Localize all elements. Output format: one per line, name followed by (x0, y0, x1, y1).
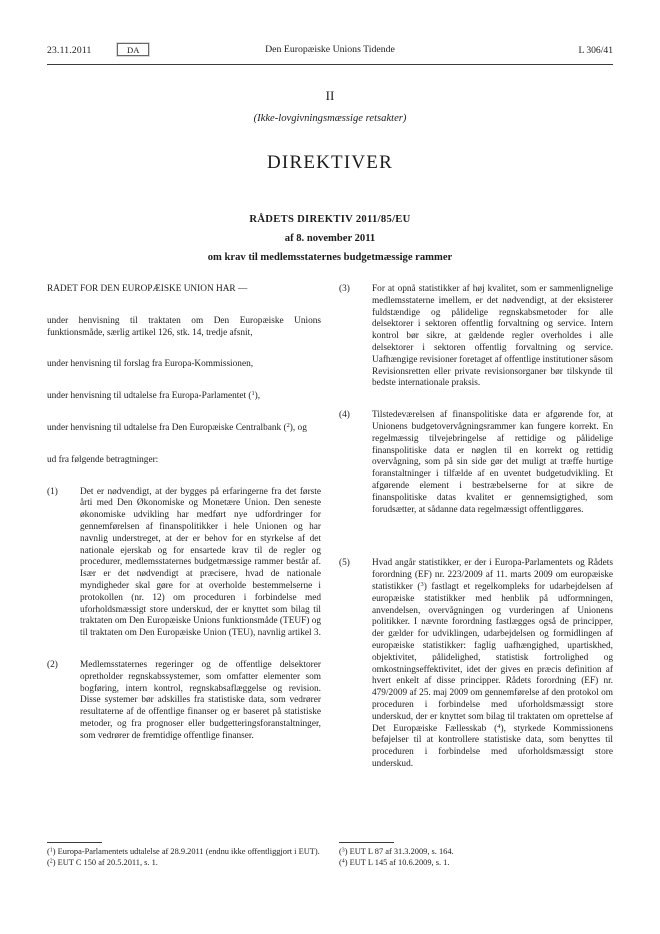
footnote-separator (339, 842, 394, 843)
header-rule (47, 64, 613, 65)
page-header: 23.11.2011 DA Den Europæiske Unions Tide… (47, 44, 613, 59)
language-badge: DA (117, 43, 149, 56)
footnote-text: EUT C 150 af 20.5.2011, s. 1. (58, 858, 158, 867)
recital: (3) For at opnå statistikker af høj kval… (339, 284, 613, 390)
footnote-text: Europa-Parlamentets udtalelse af 28.9.20… (58, 847, 320, 856)
recital-number: (4) (339, 410, 372, 516)
footnote-separator (47, 842, 102, 843)
recital: (2) Medlemsstaternes regeringer og de of… (47, 660, 321, 743)
preamble-opening: RÅDET FOR DEN EUROPÆISKE UNION HAR — (47, 284, 321, 296)
footnote-marker: (3) (339, 847, 350, 856)
footnote-marker: (1) (47, 847, 58, 856)
recital-number: (2) (47, 660, 80, 743)
footnote-marker: (4) (339, 858, 350, 867)
footnotes-right: (3) EUT L 87 af 31.3.2009, s. 164. (4) E… (339, 842, 613, 870)
citation-paragraph: under henvisning til forslag fra Europa-… (47, 359, 321, 371)
citation-paragraph: under henvisning til udtalelse fra Europ… (47, 391, 321, 403)
recital: (5) Hvad angår statistikker, er der i Eu… (339, 558, 613, 770)
footnote-text: EUT L 145 af 10.6.2009, s. 1. (350, 858, 450, 867)
header-date: 23.11.2011 (47, 45, 91, 56)
recital: (4) Tilstedeværelsen af finanspolitiske … (339, 410, 613, 516)
recital-text: Hvad angår statistikker, er der i Europa… (372, 558, 613, 770)
recital-text: Tilstedeværelsen af finanspolitiske data… (372, 410, 613, 516)
footnote: (3) EUT L 87 af 31.3.2009, s. 164. (339, 847, 613, 857)
footnote: (1) Europa-Parlamentets udtalelse af 28.… (47, 847, 321, 857)
footnote-reference: 2 (287, 422, 290, 429)
recital: (1) Det er nødvendigt, at der bygges på … (47, 487, 321, 640)
directive-title: RÅDETS DIREKTIV 2011/85/EU (47, 214, 613, 225)
footnote-reference: 1 (251, 390, 254, 397)
recital-number: (5) (339, 558, 372, 770)
citation-paragraph: under henvisning til udtalelse fra Den E… (47, 423, 321, 435)
footnote-reference: 3 (421, 581, 424, 588)
page-reference: L 306/41 (578, 45, 613, 56)
citation-paragraph: under henvisning til traktaten om Den Eu… (47, 316, 321, 340)
recital-number: (1) (47, 487, 80, 640)
citation-paragraph: ud fra følgende betragtninger: (47, 455, 321, 467)
directive-subject-line: om krav til medlemsstaternes budgetmæssi… (47, 252, 613, 263)
recital-text: Det er nødvendigt, at der bygges på erfa… (80, 487, 321, 640)
recital-number: (3) (339, 284, 372, 390)
footnote-text: EUT L 87 af 31.3.2009, s. 164. (350, 847, 454, 856)
two-column-body: RÅDET FOR DEN EUROPÆISKE UNION HAR — und… (47, 284, 613, 870)
recital-text: For at opnå statistikker af høj kvalitet… (372, 284, 613, 390)
footnote: (2) EUT C 150 af 20.5.2011, s. 1. (47, 858, 321, 868)
left-column: RÅDET FOR DEN EUROPÆISKE UNION HAR — und… (47, 284, 321, 870)
footnote-marker: (2) (47, 858, 58, 867)
directive-date-line: af 8. november 2011 (47, 233, 613, 244)
right-column: (3) For at opnå statistikker af høj kval… (339, 284, 613, 870)
footnotes-left: (1) Europa-Parlamentets udtalelse af 28.… (47, 842, 321, 870)
footnote: (4) EUT L 145 af 10.6.2009, s. 1. (339, 858, 613, 868)
directives-heading: DIREKTIVER (47, 152, 613, 174)
section-subtitle: (Ikke-lovgivningsmæssige retsakter) (47, 113, 613, 124)
journal-page: 23.11.2011 DA Den Europæiske Unions Tide… (0, 0, 660, 934)
footnote-reference: 4 (497, 722, 500, 729)
section-numeral: II (47, 88, 613, 104)
recital-text: Medlemsstaternes regeringer og de offent… (80, 660, 321, 743)
